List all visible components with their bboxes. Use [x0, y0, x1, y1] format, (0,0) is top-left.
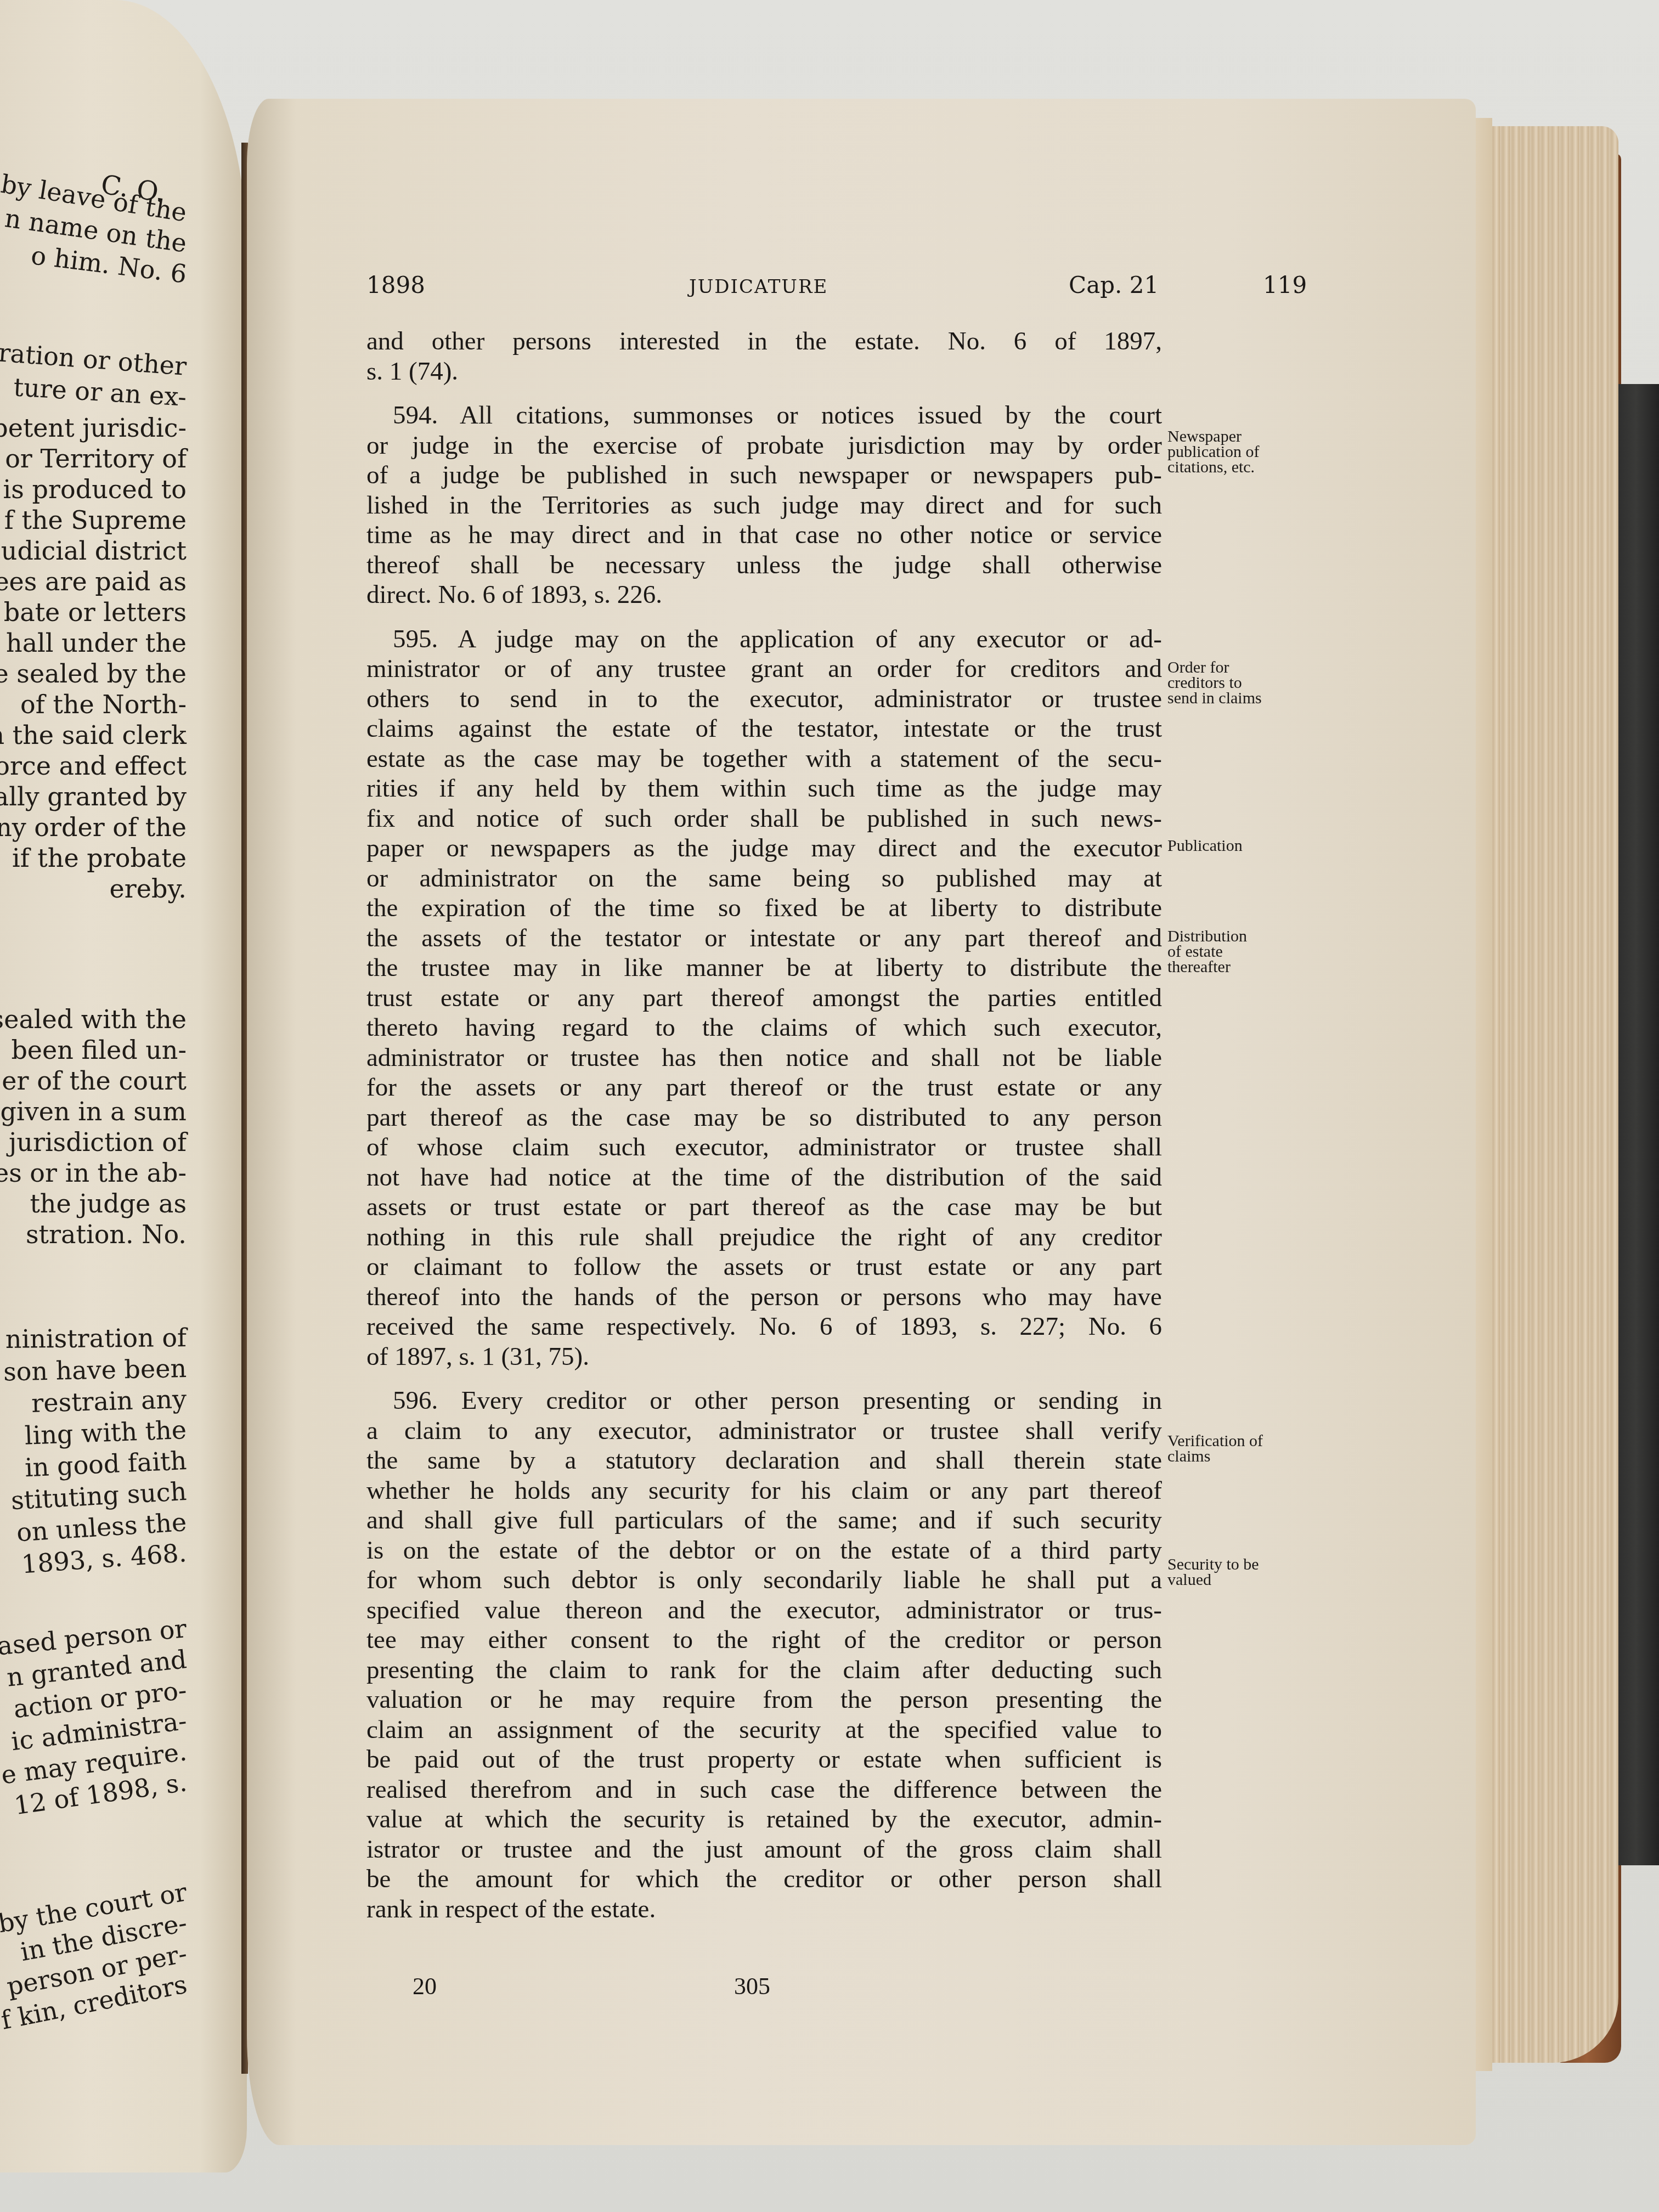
- text-line: a claim to any executor, administrator o…: [366, 1416, 1162, 1446]
- text-line: valuation or he may require from the per…: [366, 1685, 1162, 1715]
- text-line: the trustee may in like manner be at lib…: [366, 953, 1162, 983]
- text-line: specified value thereon and the executor…: [366, 1595, 1162, 1626]
- body-text: and other persons interested in the esta…: [366, 326, 1162, 1938]
- left-page-line: force and effect: [0, 751, 187, 781]
- left-page-line: er of the court: [0, 1065, 187, 1096]
- text-line: the expiration of the time so fixed be a…: [366, 893, 1162, 923]
- margin-note-line: publication of: [1167, 444, 1332, 460]
- left-page-line: petent jurisdic-: [0, 413, 187, 443]
- footer-signature-mark: 20: [413, 1972, 437, 2000]
- margin-note-line: thereafter: [1167, 960, 1332, 975]
- text-line: not have had notice at the time of the d…: [366, 1163, 1162, 1193]
- margin-note: Publication: [1167, 838, 1332, 854]
- text-line: and shall give full particulars of the s…: [366, 1505, 1162, 1536]
- text-line: and other persons interested in the esta…: [366, 326, 1162, 357]
- page-fore-edge: [1470, 126, 1618, 2063]
- text-line: the same by a statutory declaration and …: [366, 1446, 1162, 1476]
- section-596: 596. Every creditor or other person pres…: [366, 1386, 1162, 1924]
- paragraph-continuation: and other persons interested in the esta…: [366, 326, 1162, 386]
- margin-note-line: Distribution: [1167, 929, 1332, 944]
- footer-number: 305: [734, 1972, 770, 2000]
- left-page-line: been filed un-: [0, 1035, 187, 1065]
- text-line: time as he may direct and in that case n…: [366, 520, 1162, 550]
- margin-note-line: Newspaper: [1167, 429, 1332, 444]
- running-header: 1898 JUDICATURE Cap. 21 119: [366, 272, 1310, 304]
- left-page-line: is produced to: [0, 474, 187, 505]
- text-line: of 1897, s. 1 (31, 75).: [366, 1342, 1162, 1372]
- text-line: realised therefrom and in such case the …: [366, 1775, 1162, 1805]
- margin-note-line: Order for: [1167, 660, 1332, 675]
- text-line: be paid out of the trust property or est…: [366, 1745, 1162, 1775]
- left-page: C. O. y by leave of then name on theo hi…: [0, 0, 247, 2172]
- book-cover-cloth: [1613, 384, 1659, 1865]
- left-page-line: es or in the ab-: [0, 1158, 187, 1188]
- text-line: the assets of the testator or intestate …: [366, 923, 1162, 953]
- text-line: or administrator on the same being so pu…: [366, 864, 1162, 894]
- left-page-line: sealed with the: [0, 1004, 187, 1035]
- left-page-line: hall under the: [0, 628, 187, 658]
- text-line: paper or newspapers as the judge may dir…: [366, 833, 1162, 864]
- text-line: be the amount for which the creditor or …: [366, 1864, 1162, 1894]
- text-line: fix and notice of such order shall be pu…: [366, 804, 1162, 834]
- margin-note-line: Publication: [1167, 838, 1332, 854]
- text-line: s. 1 (74).: [366, 357, 1162, 387]
- text-line: others to send in to the executor, admin…: [366, 684, 1162, 714]
- text-line: direct. No. 6 of 1893, s. 226.: [366, 580, 1162, 610]
- text-line: for the assets or any part thereof or th…: [366, 1073, 1162, 1103]
- text-line: lished in the Territories as such judge …: [366, 490, 1162, 521]
- margin-note-line: claims: [1167, 1449, 1332, 1464]
- left-page-line: ny order of the: [0, 812, 187, 843]
- text-line: 595. A judge may on the application of a…: [366, 624, 1162, 654]
- text-line: presenting the claim to rank for the cla…: [366, 1655, 1162, 1685]
- text-line: or judge in the exercise of probate juri…: [366, 431, 1162, 461]
- left-page-line: if the probate: [0, 843, 187, 873]
- margin-note-line: of estate: [1167, 944, 1332, 960]
- text-line: claim an assignment of the security at t…: [366, 1715, 1162, 1745]
- margin-note: Newspaperpublication ofcitations, etc.: [1167, 429, 1332, 475]
- header-year: 1898: [366, 272, 425, 298]
- text-line: claims against the estate of the testato…: [366, 714, 1162, 744]
- left-page-line: be sealed by the: [0, 658, 187, 689]
- margin-note-line: Security to be: [1167, 1557, 1332, 1572]
- left-page-line: stration. No.: [0, 1219, 187, 1250]
- left-page-line: jurisdiction of: [0, 1127, 187, 1158]
- text-line: rank in respect of the estate.: [366, 1894, 1162, 1925]
- text-line: thereof into the hands of the person or …: [366, 1282, 1162, 1312]
- text-line: of whose claim such executor, administra…: [366, 1132, 1162, 1163]
- text-line: received the same respectively. No. 6 of…: [366, 1312, 1162, 1342]
- margin-note-line: creditors to: [1167, 675, 1332, 691]
- left-page-line: given in a sum: [0, 1096, 187, 1127]
- text-line: of a judge be published in such newspape…: [366, 460, 1162, 490]
- text-line: estate as the case may be together with …: [366, 744, 1162, 774]
- margin-note-line: Verification of: [1167, 1434, 1332, 1449]
- text-line: tee may either consent to the right of t…: [366, 1625, 1162, 1655]
- text-line: is on the estate of the debtor or on the…: [366, 1536, 1162, 1566]
- text-line: whether he holds any security for his cl…: [366, 1476, 1162, 1506]
- margin-note-line: valued: [1167, 1572, 1332, 1588]
- section-594: 594. All citations, summonses or notices…: [366, 400, 1162, 610]
- header-title: JUDICATURE: [689, 276, 828, 298]
- margin-note-line: send in claims: [1167, 691, 1332, 706]
- header-chapter: Cap. 21: [1069, 272, 1159, 298]
- text-line: thereto having regard to the claims of w…: [366, 1013, 1162, 1043]
- text-line: for whom such debtor is only secondarily…: [366, 1565, 1162, 1595]
- left-page-line: f the Supreme: [0, 505, 187, 535]
- text-line: 594. All citations, summonses or notices…: [366, 400, 1162, 431]
- text-line: administrator or trustee has then notice…: [366, 1043, 1162, 1073]
- text-line: or claimant to follow the assets or trus…: [366, 1252, 1162, 1282]
- text-line: nothing in this rule shall prejudice the…: [366, 1222, 1162, 1252]
- left-page-line: bate or letters: [0, 597, 187, 628]
- left-page-line: ereby.: [0, 873, 187, 904]
- left-page-line: ally granted by: [0, 781, 187, 812]
- margin-note: Security to bevalued: [1167, 1557, 1332, 1588]
- text-line: 596. Every creditor or other person pres…: [366, 1386, 1162, 1416]
- text-line: part thereof as the case may be so distr…: [366, 1103, 1162, 1133]
- left-page-line: son have been: [0, 1353, 187, 1388]
- margin-note: Verification ofclaims: [1167, 1434, 1332, 1464]
- margin-note: Order forcreditors tosend in claims: [1167, 660, 1332, 706]
- margin-note: Distributionof estatethereafter: [1167, 929, 1332, 975]
- left-page-line: judicial district: [0, 535, 187, 566]
- margin-note-line: citations, etc.: [1167, 460, 1332, 475]
- left-page-line: of the North-: [0, 689, 187, 720]
- header-page-number: 119: [1263, 272, 1307, 298]
- text-line: value at which the security is retained …: [366, 1804, 1162, 1835]
- text-line: istrator or trustee and the just amount …: [366, 1835, 1162, 1865]
- text-line: thereof shall be necessary unless the ju…: [366, 550, 1162, 580]
- left-page-line: ees are paid as: [0, 566, 187, 597]
- left-page-line: or Territory of: [0, 443, 187, 474]
- text-line: trust estate or any part thereof amongst…: [366, 983, 1162, 1013]
- section-595: 595. A judge may on the application of a…: [366, 624, 1162, 1372]
- text-line: assets or trust estate or part thereof a…: [366, 1192, 1162, 1222]
- text-line: rities if any held by them within such t…: [366, 774, 1162, 804]
- left-page-line: the judge as: [0, 1188, 187, 1219]
- text-line: ministrator or of any trustee grant an o…: [366, 654, 1162, 684]
- left-page-line: h the said clerk: [0, 720, 187, 751]
- left-page-line: ninistration of: [0, 1322, 187, 1355]
